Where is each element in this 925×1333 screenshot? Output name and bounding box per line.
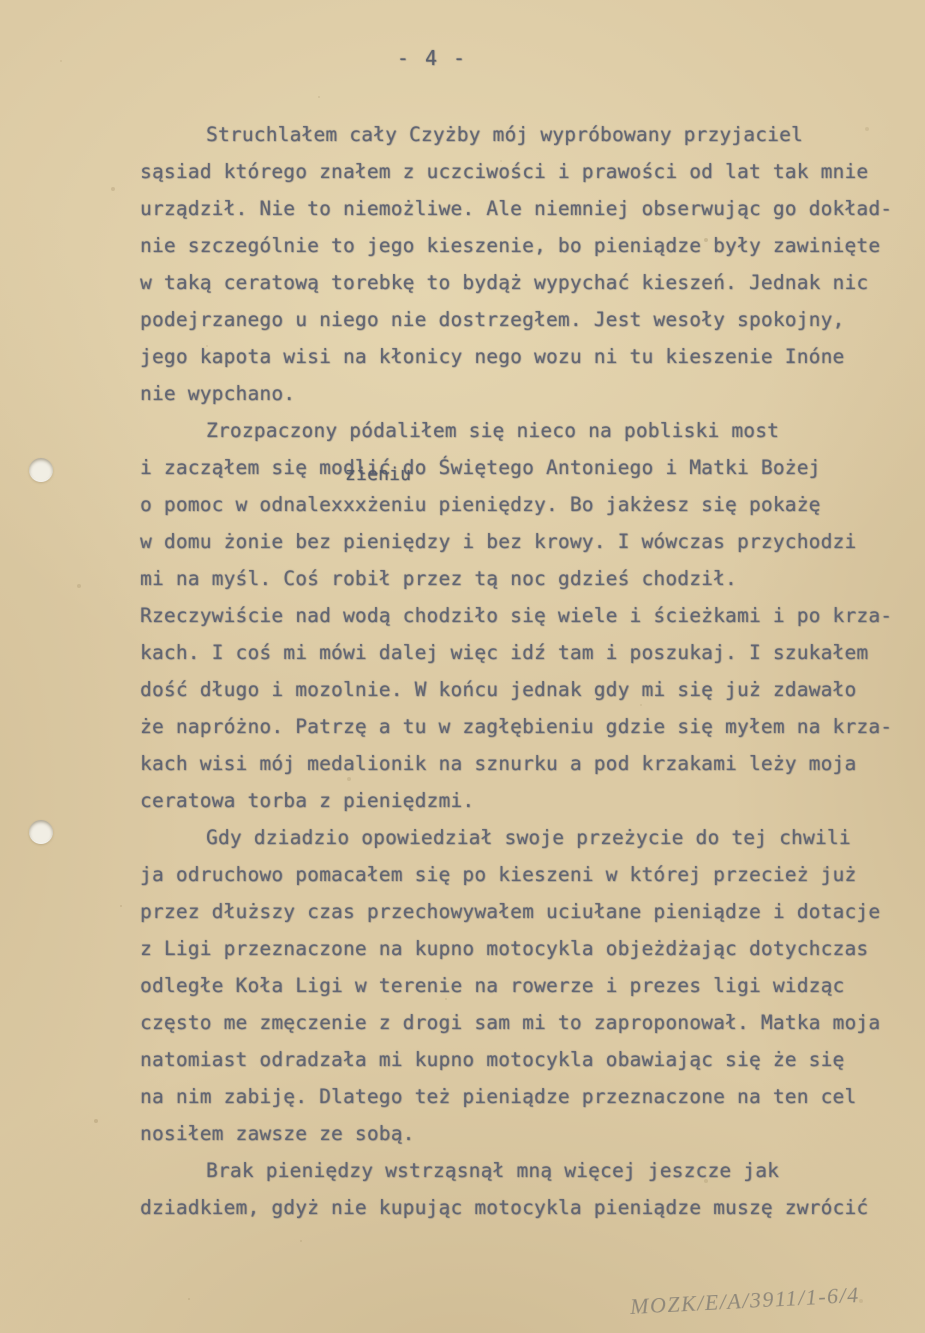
archive-reference-handwritten: MOZK/E/A/3911/1-6/4 bbox=[629, 1282, 860, 1320]
page-number: - 4 - bbox=[372, 46, 492, 70]
text-line: natomiast odradzała mi kupno motocykla o… bbox=[140, 1041, 900, 1078]
text-line: o pomoc w odnalexxxżeniu pieniędzy. Bo j… bbox=[140, 486, 900, 523]
scanned-page: - 4 - Struchlałem cały Czyżby mój wyprób… bbox=[0, 0, 925, 1333]
text-line: przez dłuższy czas przechowywałem uciuła… bbox=[140, 893, 900, 930]
text-line: kach. I coś mi mówi dalej więc idź tam i… bbox=[140, 634, 900, 671]
text-line: dość długo i mozolnie. W końcu jednak gd… bbox=[140, 671, 900, 708]
text-line: urządził. Nie to niemożliwe. Ale niemnie… bbox=[140, 190, 900, 227]
text-line: sąsiad którego znałem z uczciwości i pra… bbox=[140, 153, 900, 190]
text-line: nie wypchano. bbox=[140, 375, 900, 412]
text-line: i zacząłem się modlić do Świętego Antoni… bbox=[140, 449, 900, 486]
text-line: Zrozpaczony pódaliłem się nieco na pobli… bbox=[140, 412, 900, 449]
text-line: często me zmęczenie z drogi sam mi to za… bbox=[140, 1004, 900, 1041]
text-line: Rzeczywiście nad wodą chodziło się wiele… bbox=[140, 597, 900, 634]
text-line: na nim zabiję. Dlatego też pieniądze prz… bbox=[140, 1078, 900, 1115]
text-line: kach wisi mój medalionik na sznurku a po… bbox=[140, 745, 900, 782]
text-line: jego kapota wisi na kłonicy nego wozu ni… bbox=[140, 338, 900, 375]
text-line: w domu żonie bez pieniędzy i bez krowy. … bbox=[140, 523, 900, 560]
text-line: nie szczególnie to jego kieszenie, bo pi… bbox=[140, 227, 900, 264]
text-line: że napróżno. Patrzę a tu w zagłębieniu g… bbox=[140, 708, 900, 745]
text-line: z Ligi przeznaczone na kupno motocykla o… bbox=[140, 930, 900, 967]
text-line: dziadkiem, gdyż nie kupując motocykla pi… bbox=[140, 1189, 900, 1226]
text-line: Struchlałem cały Czyżby mój wypróbowany … bbox=[140, 116, 900, 153]
text-line: nosiłem zawsze ze sobą. bbox=[140, 1115, 900, 1152]
interlinear-correction: zieniu bbox=[345, 466, 411, 484]
punch-hole-top bbox=[29, 458, 53, 482]
text-line: ceratowa torba z pieniędzmi. bbox=[140, 782, 900, 819]
text-line: podejrzanego u niego nie dostrzegłem. Je… bbox=[140, 301, 900, 338]
text-line: mi na myśl. Coś robił przez tą noc gdzie… bbox=[140, 560, 900, 597]
text-line: Gdy dziadzio opowiedział swoje przeżycie… bbox=[140, 819, 900, 856]
punch-hole-bottom bbox=[29, 820, 53, 844]
text-line: w taką ceratową torebkę to bydąż wypycha… bbox=[140, 264, 900, 301]
text-line: odległe Koła Ligi w terenie na rowerze i… bbox=[140, 967, 900, 1004]
text-line: ja odruchowo pomacałem się po kieszeni w… bbox=[140, 856, 900, 893]
text-line: Brak pieniędzy wstrząsnął mną więcej jes… bbox=[140, 1152, 900, 1189]
typewritten-text: Struchlałem cały Czyżby mój wypróbowany … bbox=[140, 116, 900, 1226]
paper-texture bbox=[0, 0, 2, 2]
